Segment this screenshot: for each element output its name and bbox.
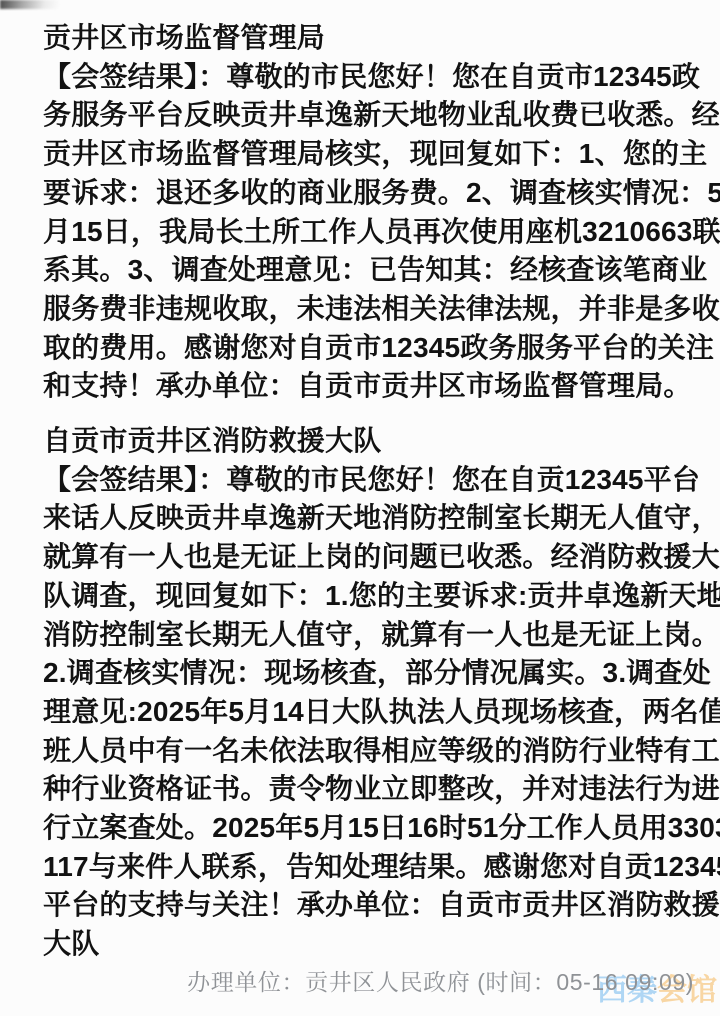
text-line: 务服务平台反映贡井卓逸新天地物业乱收费已收悉。经	[43, 96, 682, 135]
text-line: 【会签结果】：尊敬的市民您好！您在自贡市12345政	[43, 58, 682, 97]
text-line: 就算有一人也是无证上岗的问题已收悉。经消防救援大	[43, 538, 682, 577]
text-line: 117与来件人联系，告知处理结果。感谢您对自贡12345	[43, 848, 682, 887]
text-line: 服务费非违规收取，未违法相关法律法规，并非是多收	[43, 290, 682, 329]
text-line: 【会签结果】：尊敬的市民您好！您在自贡12345平台	[43, 461, 682, 500]
text-line: 消防控制室长期无人值守，就算有一人也是无证上岗。	[43, 616, 682, 655]
text-line: 班人员中有一名未依法取得相应等级的消防行业特有工	[43, 732, 682, 771]
handling-unit-footer: 办理单位：贡井区人民政府 (时间：05-16 09:09)	[0, 967, 694, 997]
section-market-supervision-reply: 贡井区市场监督管理局【会签结果】：尊敬的市民您好！您在自贡市12345政务服务平…	[43, 19, 682, 406]
text-line: 和支持！承办单位：自贡市贡井区市场监督管理局。	[43, 367, 682, 406]
section-fire-rescue-reply: 自贡市贡井区消防救援大队【会签结果】：尊敬的市民您好！您在自贡12345平台来话…	[43, 422, 682, 964]
text-line: 平台的支持与关注！承办单位：自贡市贡井区消防救援	[43, 886, 682, 925]
text-line: 行立案查处。2025年5月15日16时51分工作人员用3303	[43, 809, 682, 848]
text-line: 来话人反映贡井卓逸新天地消防控制室长期无人值守，	[43, 499, 682, 538]
text-line: 取的费用。感谢您对自贡市12345政务服务平台的关注	[43, 329, 682, 368]
text-line: 大队	[43, 925, 682, 964]
text-line: 要诉求：退还多收的商业服务费。2、调查核实情况：5	[43, 174, 682, 213]
text-line: 系其。3、调查处理意见：已告知其：经核查该笔商业	[43, 251, 682, 290]
text-line: 队调查，现回复如下：1.您的主要诉求:贡井卓逸新天地	[43, 577, 682, 616]
text-line: 贡井区市场监督管理局核实，现回复如下：1、您的主	[43, 135, 682, 174]
reply-content: 贡井区市场监督管理局【会签结果】：尊敬的市民您好！您在自贡市12345政务服务平…	[0, 0, 720, 964]
text-line: 自贡市贡井区消防救援大队	[43, 422, 682, 461]
text-line: 贡井区市场监督管理局	[43, 19, 682, 58]
text-line: 月15日，我局长土所工作人员再次使用座机3210663联	[43, 213, 682, 252]
text-line: 2.调查核实情况：现场核查，部分情况属实。3.调查处	[43, 654, 682, 693]
text-line: 理意见:2025年5月14日大队执法人员现场核查，两名值	[43, 693, 682, 732]
handling-unit-text: 办理单位：贡井区人民政府 (时间：05-16 09:09)	[187, 969, 694, 995]
text-line: 种行业资格证书。责令物业立即整改，并对违法行为进	[43, 770, 682, 809]
